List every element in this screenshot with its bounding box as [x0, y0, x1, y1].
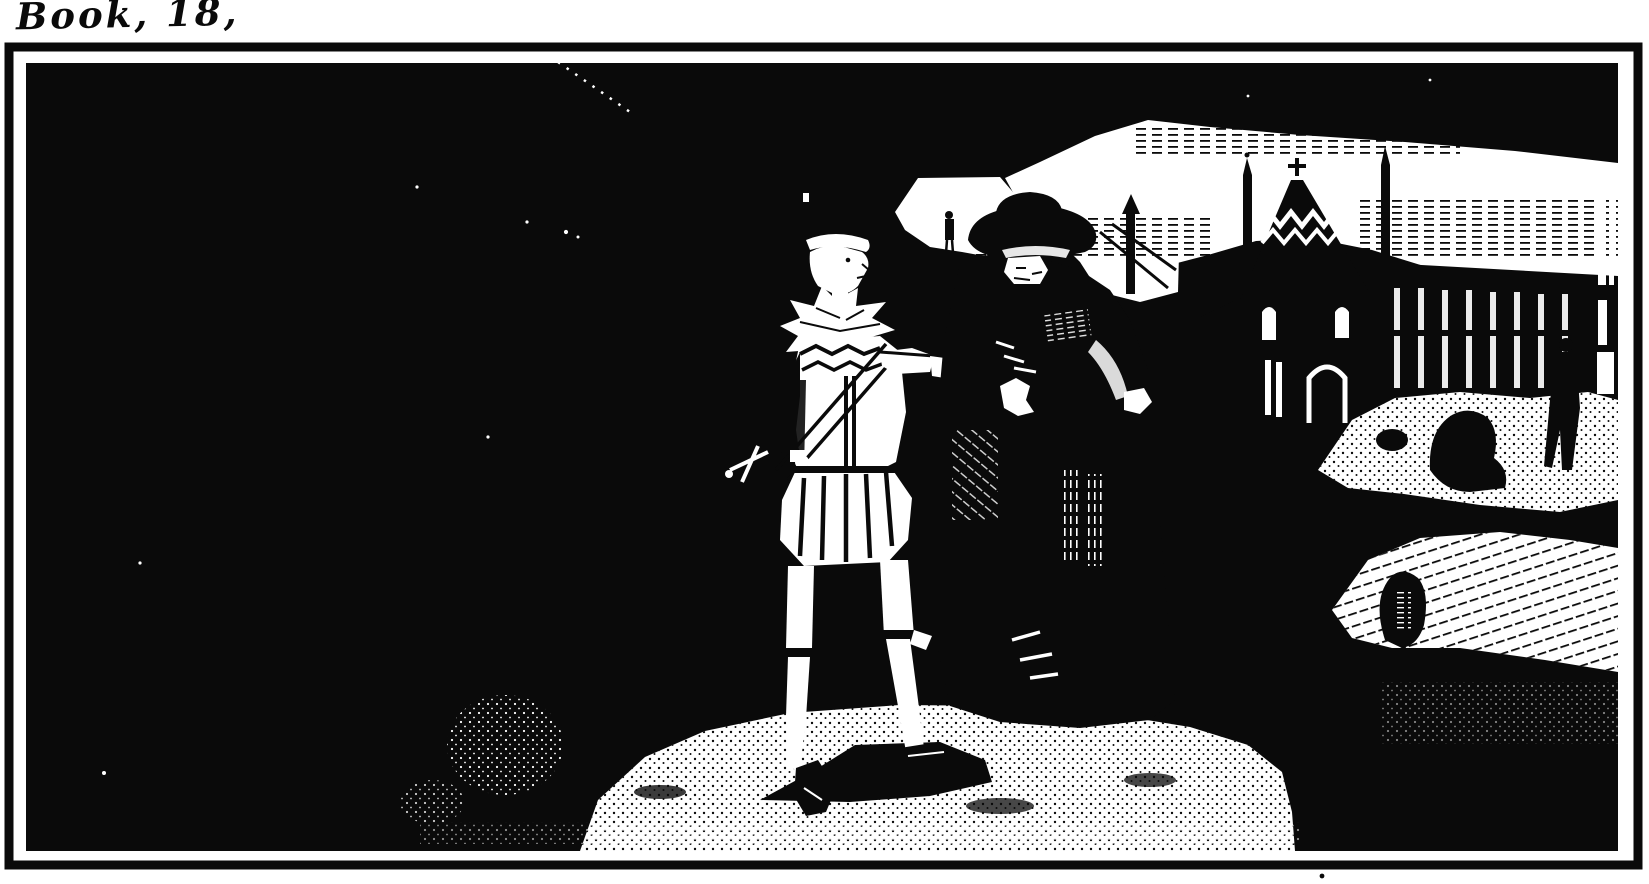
wall-transom [1390, 330, 1576, 336]
stray-ink-dot [1320, 874, 1325, 879]
wall-window [1538, 294, 1544, 388]
mound-shade [1124, 773, 1176, 787]
wall-window [1394, 288, 1400, 388]
church-window-arch [1335, 307, 1349, 338]
speck [1429, 79, 1432, 82]
standing-bystander-head [1559, 338, 1573, 352]
speck [1247, 95, 1250, 98]
mound-shade [966, 798, 1034, 814]
cap-plume-speck [803, 193, 809, 202]
church-window-slit [1265, 360, 1271, 415]
wall-window [1466, 290, 1472, 388]
gable-cross-horizontal [1288, 164, 1306, 168]
speck [415, 185, 418, 188]
pinnacle-left [1243, 158, 1252, 310]
mound-shade [634, 785, 686, 799]
speck [102, 771, 106, 775]
speckle-patch-left-small [400, 780, 464, 824]
left-garter [784, 648, 816, 657]
gate-doorway [1597, 352, 1614, 394]
wall-window [1418, 288, 1424, 388]
church-window-slit [1276, 362, 1282, 417]
engraving-scene [0, 0, 1649, 884]
waistband [794, 466, 896, 473]
wall-window [1442, 290, 1448, 388]
robe-drape-hatch [952, 430, 998, 520]
bottom-speckle-band [420, 822, 1300, 844]
sword-pommel [725, 470, 733, 478]
gate-slit [1598, 300, 1607, 345]
book-page: Book, 18, [0, 0, 1649, 884]
speck [525, 220, 528, 223]
wall-window [1514, 292, 1520, 388]
speck [577, 236, 580, 239]
pinnacle-left-finial [1245, 153, 1250, 158]
cloud-hatching-top [1130, 128, 1460, 154]
wall-window [1490, 292, 1496, 388]
gate-slit [1609, 200, 1614, 285]
speck [564, 230, 568, 234]
bottom-right-speckles [1380, 682, 1618, 744]
church-aisle [1198, 300, 1236, 430]
plate-interior [26, 62, 1618, 851]
robe-fold-hatch [1062, 470, 1082, 560]
cloud-hatching-right [1360, 200, 1618, 260]
kneeling-shape-highlight [1395, 590, 1411, 630]
church-window-arch [1262, 307, 1276, 340]
right-garter [882, 630, 916, 639]
speck [138, 561, 141, 564]
distant-silhouette-head [945, 211, 953, 219]
robe-fold-hatch [1086, 474, 1104, 566]
doublet-front-stripe [852, 376, 856, 468]
gate-slit [1598, 200, 1606, 285]
animal-figure-small [1376, 429, 1408, 451]
left-canion [786, 566, 814, 648]
speckle-patch-left [447, 695, 563, 795]
distant-silhouette-body [945, 219, 954, 240]
page-eye [846, 258, 851, 263]
speck [486, 435, 489, 438]
